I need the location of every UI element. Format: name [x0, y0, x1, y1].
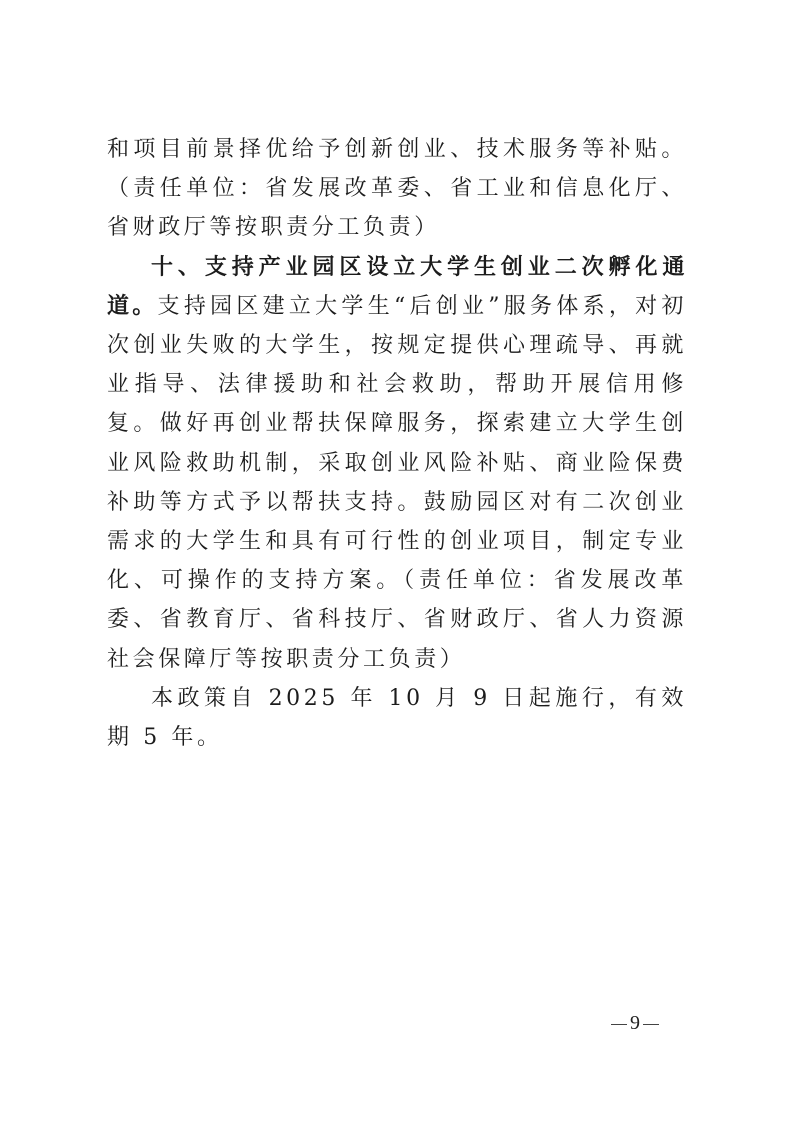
document-body: 和项目前景择优给予创新创业、技术服务等补贴。（责任单位：省发展改革委、省工业和信… [107, 130, 687, 757]
document-page: 和项目前景择优给予创新创业、技术服务等补贴。（责任单位：省发展改革委、省工业和信… [0, 0, 793, 1122]
paragraph-text: 本政策自 2025 年 10 月 9 日起施行，有效期 5 年。 [107, 686, 687, 750]
paragraph-text: 和项目前景择优给予创新创业、技术服务等补贴。（责任单位：省发展改革委、省工业和信… [107, 137, 687, 240]
page-number: 9 [605, 1012, 665, 1035]
dash-left [611, 1024, 627, 1025]
dash-right [643, 1024, 659, 1025]
paragraph-text: 支持园区建立大学生“后创业”服务体系，对初次创业失败的大学生，按规定提供心理疏导… [107, 294, 687, 672]
page-number-value: 9 [630, 1012, 640, 1034]
paragraph-item-10: 十、支持产业园区设立大学生创业二次孵化通道。支持园区建立大学生“后创业”服务体系… [107, 248, 687, 679]
paragraph-continuation: 和项目前景择优给予创新创业、技术服务等补贴。（责任单位：省发展改革委、省工业和信… [107, 130, 687, 248]
paragraph-effective-date: 本政策自 2025 年 10 月 9 日起施行，有效期 5 年。 [107, 679, 687, 757]
